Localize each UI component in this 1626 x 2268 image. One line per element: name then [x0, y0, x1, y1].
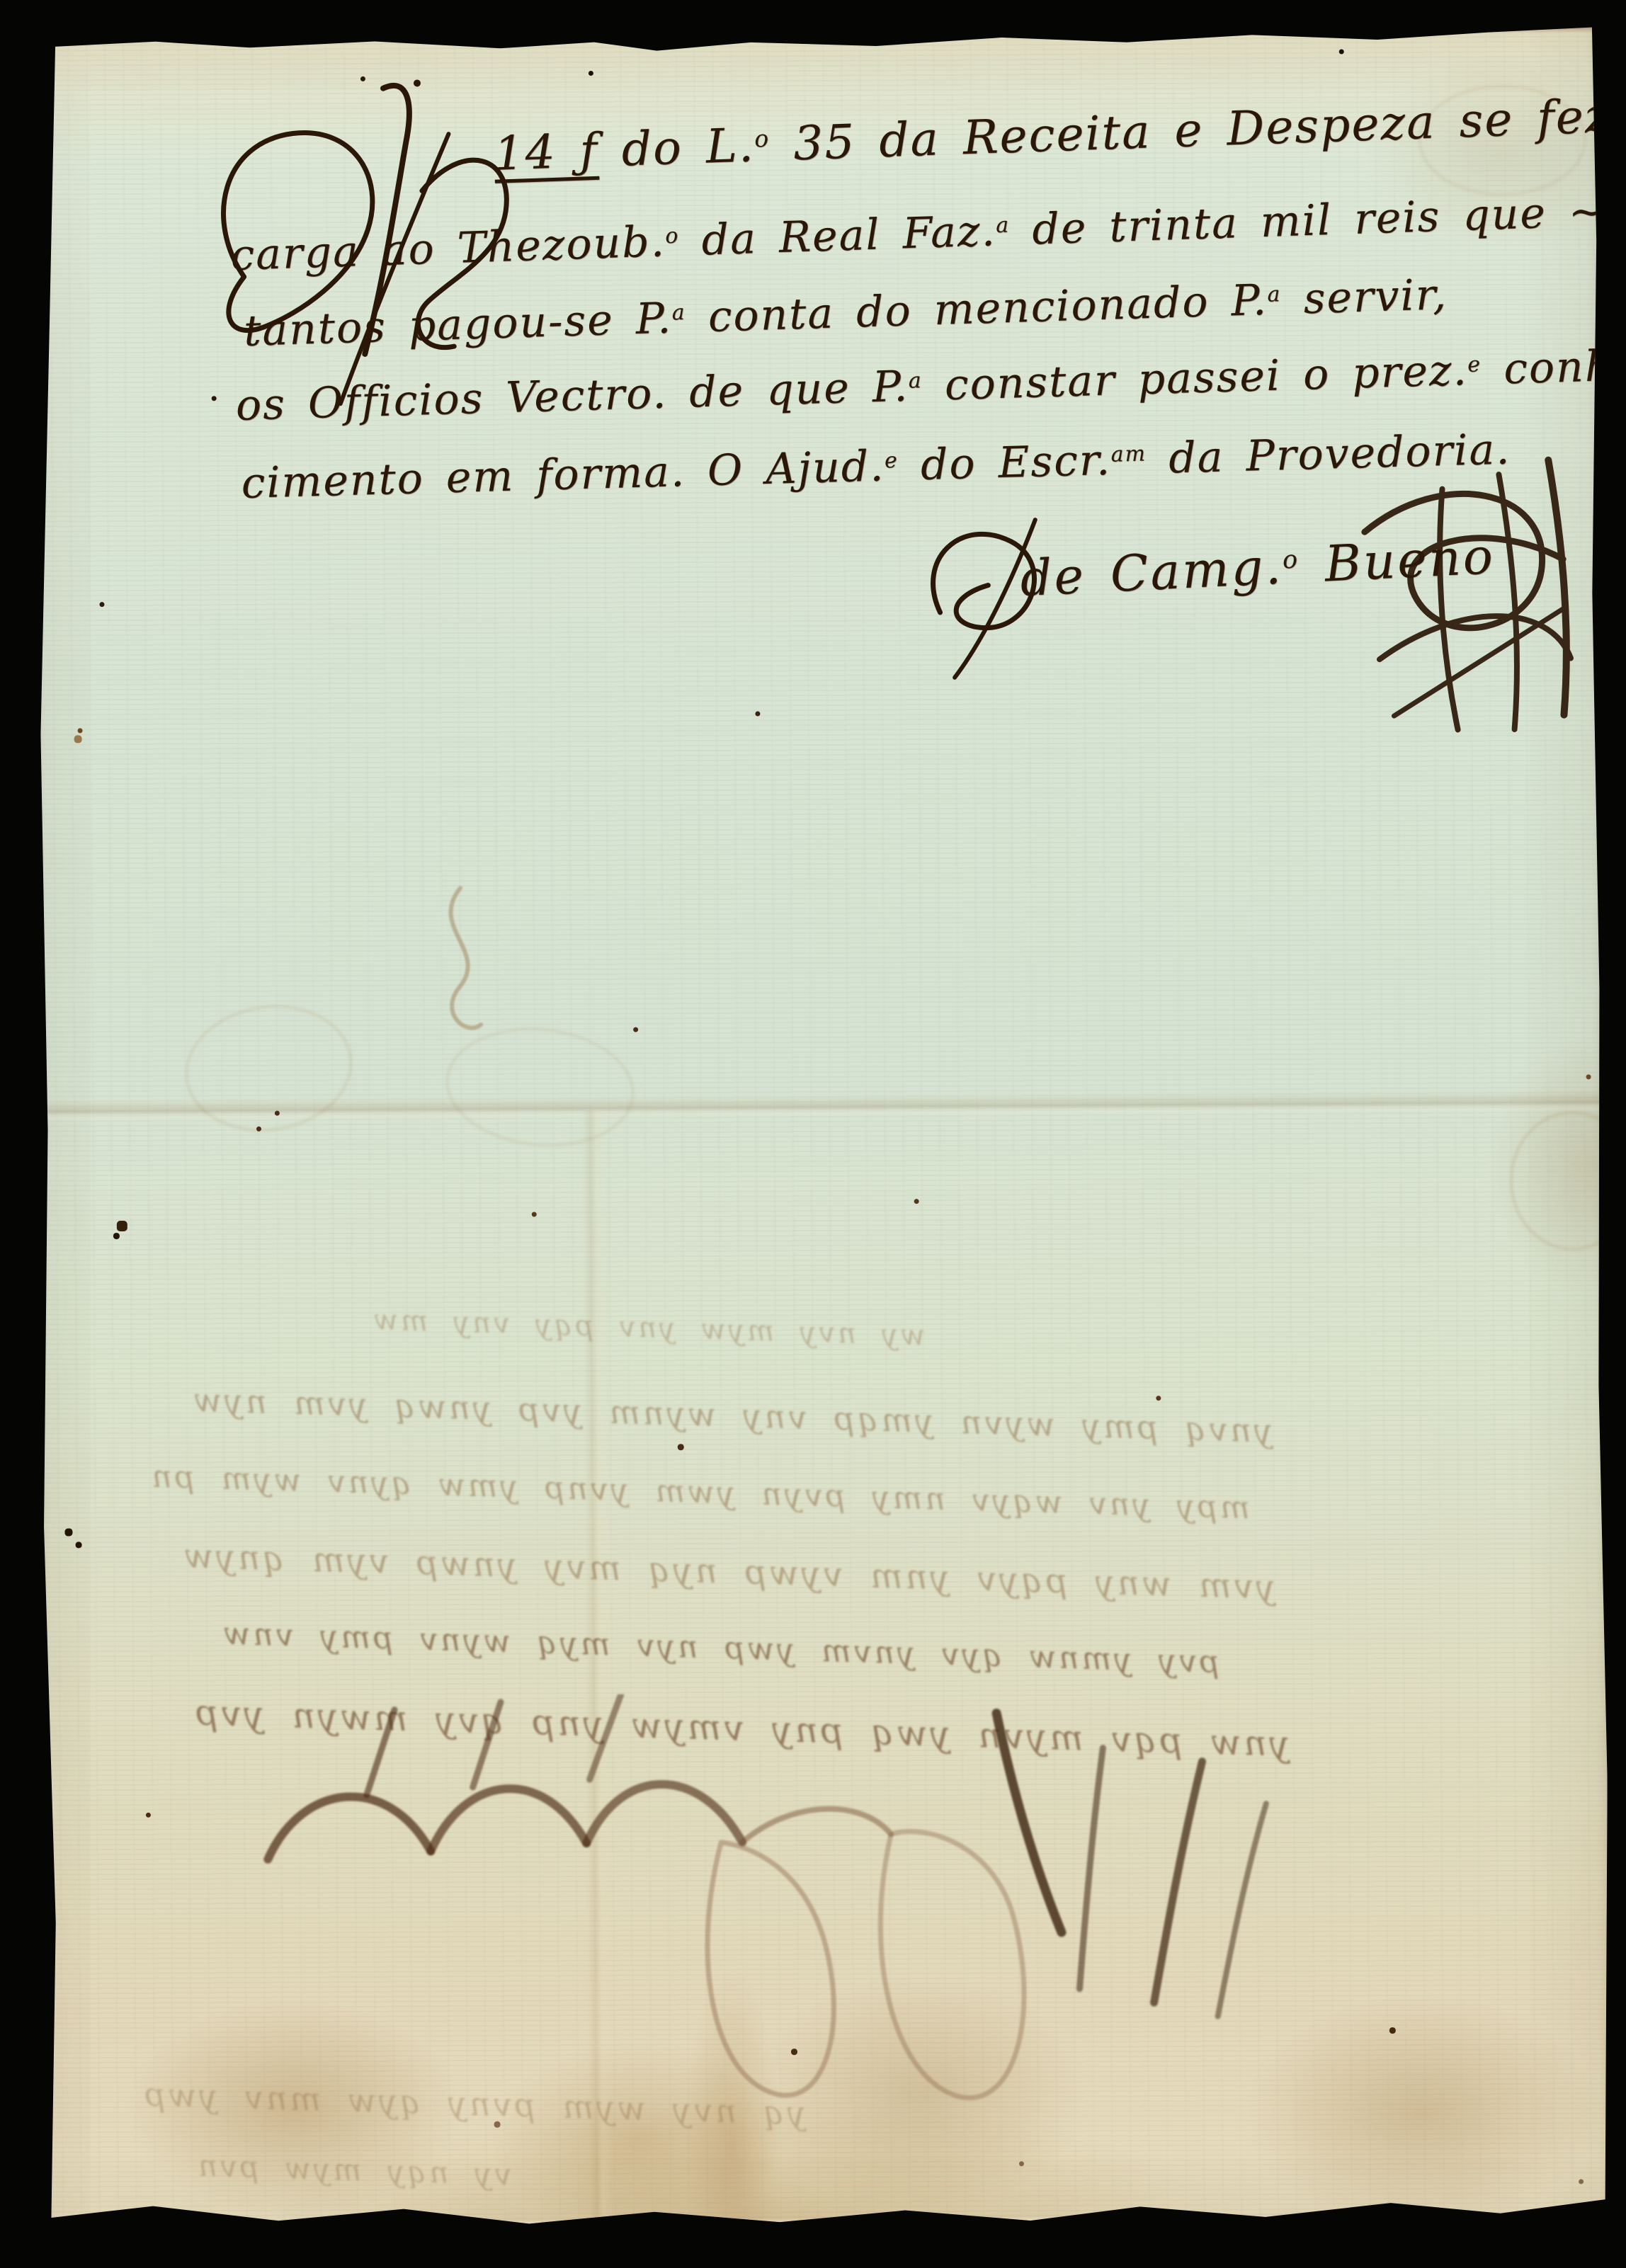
bleedthrough-ghost-line: ynvq pmy wyvn ymqp vny wynm yvp ynwq yvm… — [191, 1381, 1273, 1450]
photo-background: ynvq pmy wyvn ymqp vny wynm yvp ynwq yvm… — [0, 0, 1626, 2268]
bleedthrough-ghost-line: wy nvy myw ynv pqy vny mw — [370, 1304, 926, 1352]
bleedthrough-ghost-line: pvy ymnw qyv ynvm ywp nyv myq wynv pmy v… — [220, 1616, 1220, 1681]
bleedthrough-flourish — [224, 1690, 1332, 2179]
torn-top-edge-shadow — [30, 21, 1597, 42]
ink-specks — [30, 30, 33, 33]
bleedthrough-squiggle — [404, 877, 511, 1048]
bleedthrough-ghost-line: mpy ynv wqyv nmy pvyn ywm yvnp ymw qynv … — [149, 1459, 1251, 1527]
manuscript-paper: ynvq pmy wyvn ymqp vny wynm yvp ynwq yvm… — [30, 21, 1610, 2230]
signature-rubric-flourish — [1336, 445, 1593, 744]
left-edge-highlight — [30, 30, 49, 2231]
bleedthrough-ghost-line: yvm wny pqyv ynm vywp nyq mvy ynwp vym q… — [181, 1537, 1275, 1607]
